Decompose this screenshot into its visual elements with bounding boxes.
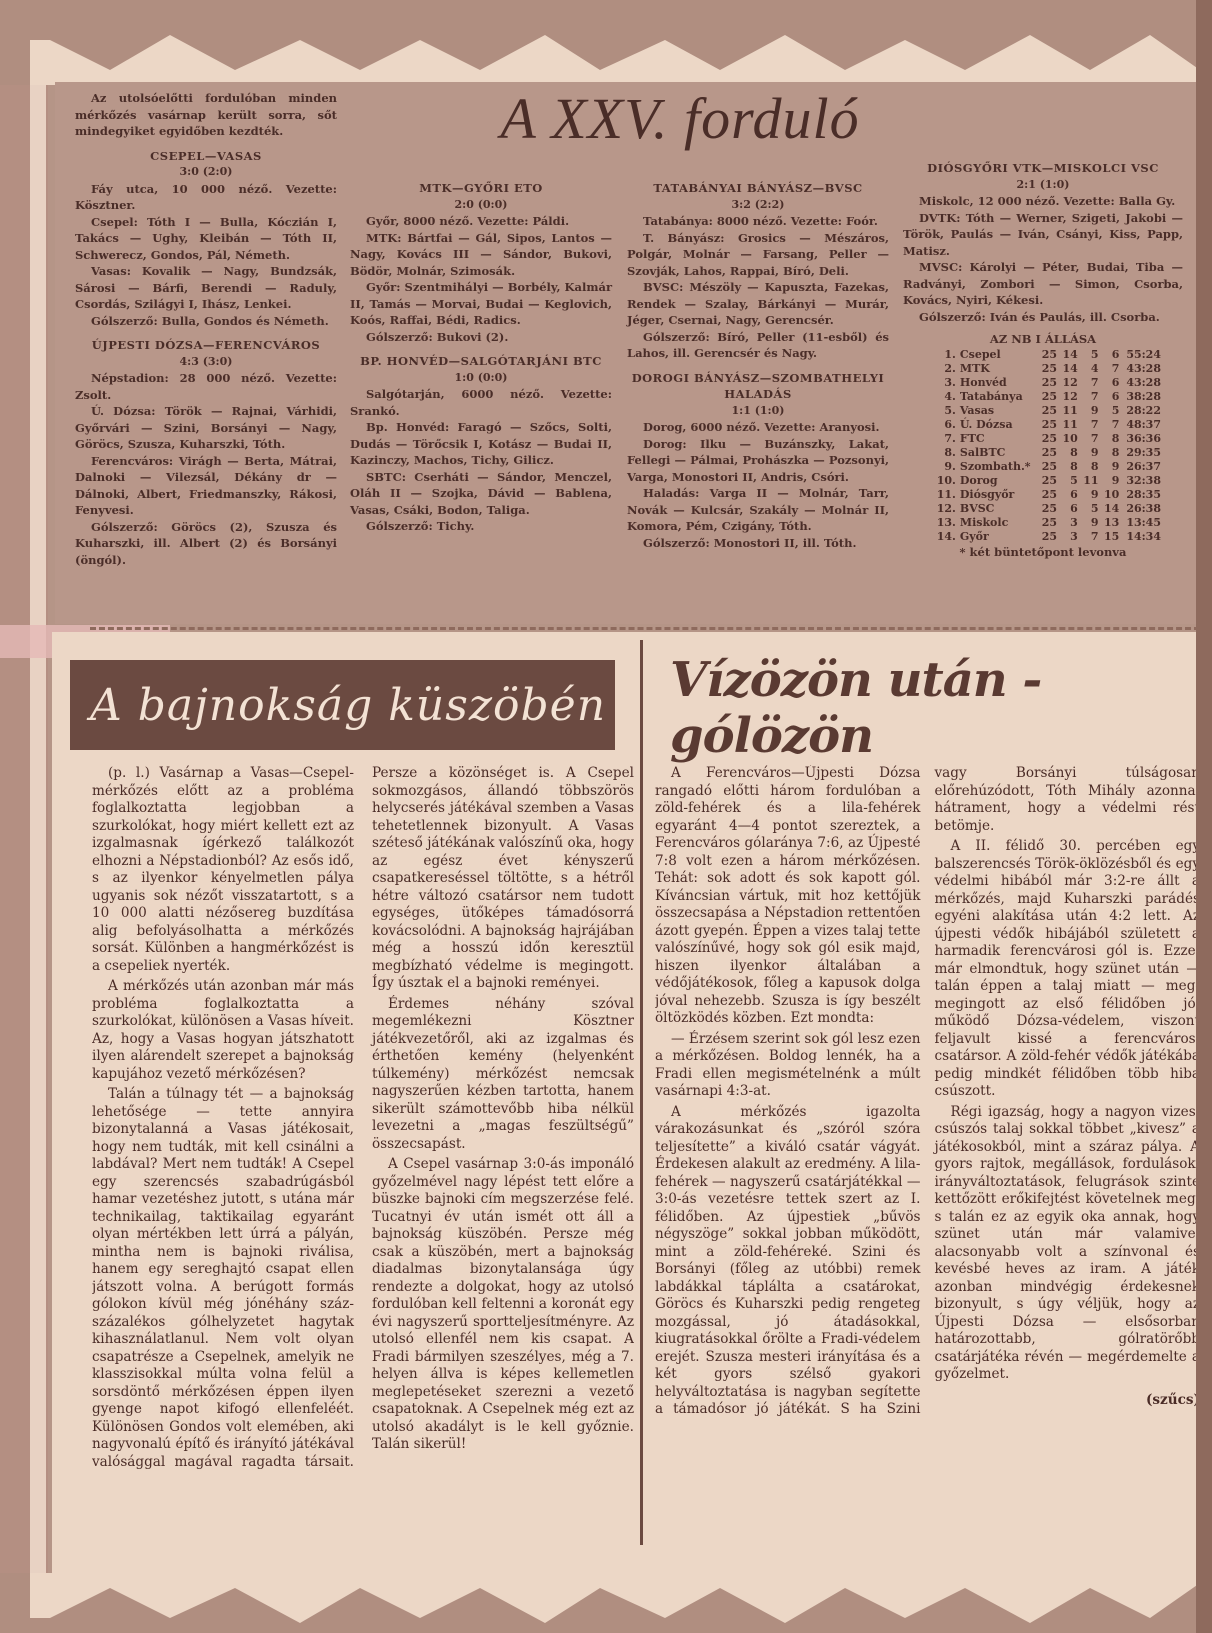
team-cell: BVSC	[958, 502, 1038, 516]
drawn-cell: 7	[1080, 432, 1101, 446]
standings-row: 6.Ú. Dózsa25117748:37	[933, 418, 1163, 432]
article-2-headline: Vízözön után - gólözön	[665, 660, 1205, 755]
article-1-headline: A bajnokság küszöbén	[70, 660, 615, 750]
won-cell: 11	[1059, 418, 1080, 432]
rank-cell: 5.	[933, 404, 958, 418]
standings-title: AZ NB I ÁLLÁSA	[903, 331, 1183, 348]
standings-row: 14.Győr25371514:34	[933, 530, 1163, 544]
won-cell: 8	[1059, 446, 1080, 460]
goals-cell: 28:35	[1121, 488, 1163, 502]
results-column-4: DIÓSGYŐRI VTK—MISKOLCI VSC 2:1 (1:0) Mis…	[903, 90, 1183, 560]
rank-cell: 4.	[933, 390, 958, 404]
team-cell: Tatabánya	[958, 390, 1038, 404]
won-cell: 6	[1059, 502, 1080, 516]
match-title: MTK—GYŐRI ETO	[350, 180, 612, 197]
page-binding-edge	[1196, 0, 1212, 1633]
played-cell: 25	[1038, 530, 1059, 544]
standings-row: 1.Csepel25145655:24	[933, 348, 1163, 362]
match-line: Salgótarján, 6000 néző. Vezette: Srankó.	[350, 386, 612, 419]
match-line: Győr, 8000 néző. Vezette: Páldi.	[350, 213, 612, 230]
standings-row: 8.SalBTC2589829:35	[933, 446, 1163, 460]
match-line: SBTC: Cserháti — Sándor, Menczel, Oláh I…	[350, 469, 612, 519]
played-cell: 25	[1038, 502, 1059, 516]
standings-table: 1.Csepel25145655:242.MTK25144743:283.Hon…	[933, 348, 1163, 544]
match-line: Gólszerző: Bulla, Gondos és Németh.	[75, 313, 337, 330]
round-title: A XXV. forduló	[440, 86, 920, 152]
article-2-body: A Ferencváros—Újpesti Dózsa rangadó előt…	[655, 765, 1200, 1585]
drawn-cell: 7	[1080, 530, 1101, 544]
rank-cell: 8.	[933, 446, 958, 460]
results-column-1: Az utolsóelőtti fordulóban minden mérkőz…	[75, 90, 337, 568]
match-title: CSEPEL—VASAS	[75, 148, 337, 165]
team-cell: Ú. Dózsa	[958, 418, 1038, 432]
goals-cell: 14:34	[1121, 530, 1163, 544]
played-cell: 25	[1038, 474, 1059, 488]
goals-cell: 55:24	[1121, 348, 1163, 362]
rank-cell: 13.	[933, 516, 958, 530]
match-score: 1:0 (0:0)	[350, 370, 612, 387]
match-line: BVSC: Mészöly — Kapuszta, Fazekas, Rende…	[627, 279, 889, 329]
lost-cell: 9	[1101, 460, 1122, 474]
match-line: Vasas: Kovalik — Nagy, Bundzsák, Sárosi …	[75, 263, 337, 313]
won-cell: 10	[1059, 432, 1080, 446]
played-cell: 25	[1038, 362, 1059, 376]
team-cell: Csepel	[958, 348, 1038, 362]
match-score: 2:1 (1:0)	[903, 177, 1183, 194]
lost-cell: 15	[1101, 530, 1122, 544]
article-1-body: (p. l.) Vasárnap a Vasas—Csepel-mérkőzés…	[92, 765, 634, 1585]
lost-cell: 10	[1101, 488, 1122, 502]
played-cell: 25	[1038, 404, 1059, 418]
round-results-box: A XXV. forduló Az utolsóelőtti fordulóba…	[55, 82, 1200, 624]
played-cell: 25	[1038, 460, 1059, 474]
goals-cell: 43:28	[1121, 362, 1163, 376]
drawn-cell: 8	[1080, 460, 1101, 474]
won-cell: 3	[1059, 516, 1080, 530]
standings-row: 7.FTC25107836:36	[933, 432, 1163, 446]
match-title: BP. HONVÉD—SALGÓTARJÁNI BTC	[350, 353, 612, 370]
goals-cell: 26:37	[1121, 460, 1163, 474]
match-line: Gólszerző: Monostori II, ill. Tóth.	[627, 535, 889, 552]
match-line: MVSC: Károlyi — Péter, Budai, Tiba — Rad…	[903, 259, 1183, 309]
lost-cell: 8	[1101, 432, 1122, 446]
team-cell: Győr	[958, 530, 1038, 544]
match-line: Gólszerző: Bukovi (2).	[350, 329, 612, 346]
team-cell: Honvéd	[958, 376, 1038, 390]
goals-cell: 13:45	[1121, 516, 1163, 530]
rank-cell: 9.	[933, 460, 958, 474]
match-line: Gólszerző: Bíró, Peller (11-esből) és La…	[627, 329, 889, 362]
match-score: 3:2 (2:2)	[627, 197, 889, 214]
match-line: Dorog, 6000 néző. Vezette: Aranyosi.	[627, 419, 889, 436]
rank-cell: 1.	[933, 348, 958, 362]
match-score: 4:3 (3:0)	[75, 354, 337, 371]
team-cell: Diósgyőr	[958, 488, 1038, 502]
match-line: Haladás: Varga II — Molnár, Tarr, Novák …	[627, 485, 889, 535]
won-cell: 6	[1059, 488, 1080, 502]
match-title: TATABÁNYAI BÁNYÁSZ—BVSC	[627, 180, 889, 197]
rank-cell: 6.	[933, 418, 958, 432]
played-cell: 25	[1038, 348, 1059, 362]
rank-cell: 7.	[933, 432, 958, 446]
drawn-cell: 11	[1080, 474, 1101, 488]
rank-cell: 3.	[933, 376, 958, 390]
team-cell: Miskolc	[958, 516, 1038, 530]
match-line: Fáy utca, 10 000 néző. Vezette: Kösztner…	[75, 181, 337, 214]
drawn-cell: 7	[1080, 376, 1101, 390]
match-line: Gólszerző: Tichy.	[350, 518, 612, 535]
goals-cell: 28:22	[1121, 404, 1163, 418]
drawn-cell: 5	[1080, 348, 1101, 362]
standings-row: 13.Miskolc25391313:45	[933, 516, 1163, 530]
won-cell: 8	[1059, 460, 1080, 474]
standings-row: 10.Dorog25511932:38	[933, 474, 1163, 488]
drawn-cell: 9	[1080, 446, 1101, 460]
article-2-paragraph: A II. félidő 30. percében egy balszerenc…	[935, 838, 1201, 1101]
played-cell: 25	[1038, 488, 1059, 502]
match-title: DIÓSGYŐRI VTK—MISKOLCI VSC	[903, 160, 1183, 177]
played-cell: 25	[1038, 432, 1059, 446]
team-cell: SalBTC	[958, 446, 1038, 460]
goals-cell: 36:36	[1121, 432, 1163, 446]
article-2-paragraph: — Érzésem szerint sok gól lesz ezen a mé…	[655, 1031, 921, 1101]
article-1-paragraph: Érdemes néhány szóval megemlékezni Köszt…	[372, 996, 634, 1154]
goals-cell: 26:38	[1121, 502, 1163, 516]
rank-cell: 14.	[933, 530, 958, 544]
match-title: DOROGI BÁNYÁSZ—SZOMBATHELYI HALADÁS	[627, 370, 889, 403]
results-column-2: MTK—GYŐRI ETO 2:0 (0:0) Győr, 8000 néző.…	[350, 172, 612, 535]
match-line: Ú. Dózsa: Török — Rajnai, Várhidi, Győrv…	[75, 403, 337, 453]
match-line: Népstadion: 28 000 néző. Vezette: Zsolt.	[75, 370, 337, 403]
lost-cell: 6	[1101, 348, 1122, 362]
lost-cell: 7	[1101, 362, 1122, 376]
won-cell: 14	[1059, 362, 1080, 376]
drawn-cell: 7	[1080, 390, 1101, 404]
match-score: 2:0 (0:0)	[350, 197, 612, 214]
rank-cell: 10.	[933, 474, 958, 488]
article-2-signature: (szűcs)	[935, 1392, 1201, 1410]
article-1-paragraph: A Csepel vasárnap 3:0-ás imponáló győzel…	[372, 1156, 634, 1454]
played-cell: 25	[1038, 376, 1059, 390]
drawn-cell: 9	[1080, 488, 1101, 502]
goals-cell: 29:35	[1121, 446, 1163, 460]
match-line: Gólszerző: Göröcs (2), Szusza és Kuharsz…	[75, 519, 337, 569]
lost-cell: 7	[1101, 418, 1122, 432]
match-title: ÚJPESTI DÓZSA—FERENCVÁROS	[75, 337, 337, 354]
match-line: DVTK: Tóth — Werner, Szigeti, Jakobi — T…	[903, 210, 1183, 260]
standings-row: 3.Honvéd25127643:28	[933, 376, 1163, 390]
lost-cell: 6	[1101, 390, 1122, 404]
match-line: Ferencváros: Virágh — Berta, Mátrai, Dal…	[75, 453, 337, 519]
won-cell: 12	[1059, 376, 1080, 390]
article-2-paragraph: A Ferencváros—Újpesti Dózsa rangadó előt…	[655, 765, 921, 1028]
lost-cell: 9	[1101, 474, 1122, 488]
won-cell: 12	[1059, 390, 1080, 404]
team-cell: Szombath.*	[958, 460, 1038, 474]
played-cell: 25	[1038, 516, 1059, 530]
played-cell: 25	[1038, 446, 1059, 460]
goals-cell: 48:37	[1121, 418, 1163, 432]
won-cell: 14	[1059, 348, 1080, 362]
team-cell: MTK	[958, 362, 1038, 376]
team-cell: Dorog	[958, 474, 1038, 488]
lost-cell: 13	[1101, 516, 1122, 530]
goals-cell: 43:28	[1121, 376, 1163, 390]
won-cell: 5	[1059, 474, 1080, 488]
rank-cell: 2.	[933, 362, 958, 376]
match-line: Tatabánya: 8000 néző. Vezette: Foór.	[627, 213, 889, 230]
match-line: Csepel: Tóth I — Bulla, Kóczián I, Takác…	[75, 214, 337, 264]
standings-row: 5.Vasas25119528:22	[933, 404, 1163, 418]
goals-cell: 38:28	[1121, 390, 1163, 404]
goals-cell: 32:38	[1121, 474, 1163, 488]
standings-footnote: * két büntetőpont levonva	[903, 544, 1183, 561]
decorative-left-stripe	[30, 75, 46, 1575]
match-line: Gólszerző: Iván és Paulás, ill. Csorba.	[903, 309, 1183, 326]
played-cell: 25	[1038, 418, 1059, 432]
article-2-paragraph: Régi igazság, hogy a nagyon vizes, csúsz…	[935, 1104, 1201, 1384]
drawn-cell: 5	[1080, 502, 1101, 516]
article-1-paragraph: A mérkőzés után azonban már más probléma…	[92, 978, 354, 1083]
won-cell: 11	[1059, 404, 1080, 418]
team-cell: Vasas	[958, 404, 1038, 418]
article-1-paragraph: (p. l.) Vasárnap a Vasas—Csepel-mérkőzés…	[92, 765, 354, 975]
match-line: Dorog: Ilku — Buzánszky, Lakat, Fellegi …	[627, 436, 889, 486]
rank-cell: 11.	[933, 488, 958, 502]
match-line: MTK: Bártfai — Gál, Sipos, Lantos — Nagy…	[350, 230, 612, 280]
won-cell: 3	[1059, 530, 1080, 544]
match-line: Győr: Szentmihályi — Borbély, Kalmár II,…	[350, 279, 612, 329]
column-divider	[640, 640, 643, 1545]
results-column-3: TATABÁNYAI BÁNYÁSZ—BVSC 3:2 (2:2) Tatabá…	[627, 172, 889, 551]
standings-row: 12.BVSC25651426:38	[933, 502, 1163, 516]
lost-cell: 6	[1101, 376, 1122, 390]
drawn-cell: 9	[1080, 404, 1101, 418]
drawn-cell: 4	[1080, 362, 1101, 376]
drawn-cell: 7	[1080, 418, 1101, 432]
standings-row: 11.Diósgyőr25691028:35	[933, 488, 1163, 502]
played-cell: 25	[1038, 390, 1059, 404]
standings-row: 4.Tatabánya25127638:28	[933, 390, 1163, 404]
decorative-zigzag-top	[0, 0, 1212, 85]
decorative-zigzag-bottom	[0, 1573, 1212, 1633]
match-score: 1:1 (1:0)	[627, 403, 889, 420]
team-cell: FTC	[958, 432, 1038, 446]
standings-row: 9.Szombath.*2588926:37	[933, 460, 1163, 474]
standings-row: 2.MTK25144743:28	[933, 362, 1163, 376]
lost-cell: 14	[1101, 502, 1122, 516]
match-score: 3:0 (2:0)	[75, 164, 337, 181]
match-line: Bp. Honvéd: Faragó — Szőcs, Solti, Dudás…	[350, 419, 612, 469]
drawn-cell: 9	[1080, 516, 1101, 530]
match-line: Miskolc, 12 000 néző. Vezette: Balla Gy.	[903, 193, 1183, 210]
lost-cell: 5	[1101, 404, 1122, 418]
match-line: T. Bányász: Grosics — Mészáros, Polgár, …	[627, 230, 889, 280]
intro-text: Az utolsóelőtti fordulóban minden mérkőz…	[75, 90, 337, 140]
lost-cell: 8	[1101, 446, 1122, 460]
rank-cell: 12.	[933, 502, 958, 516]
